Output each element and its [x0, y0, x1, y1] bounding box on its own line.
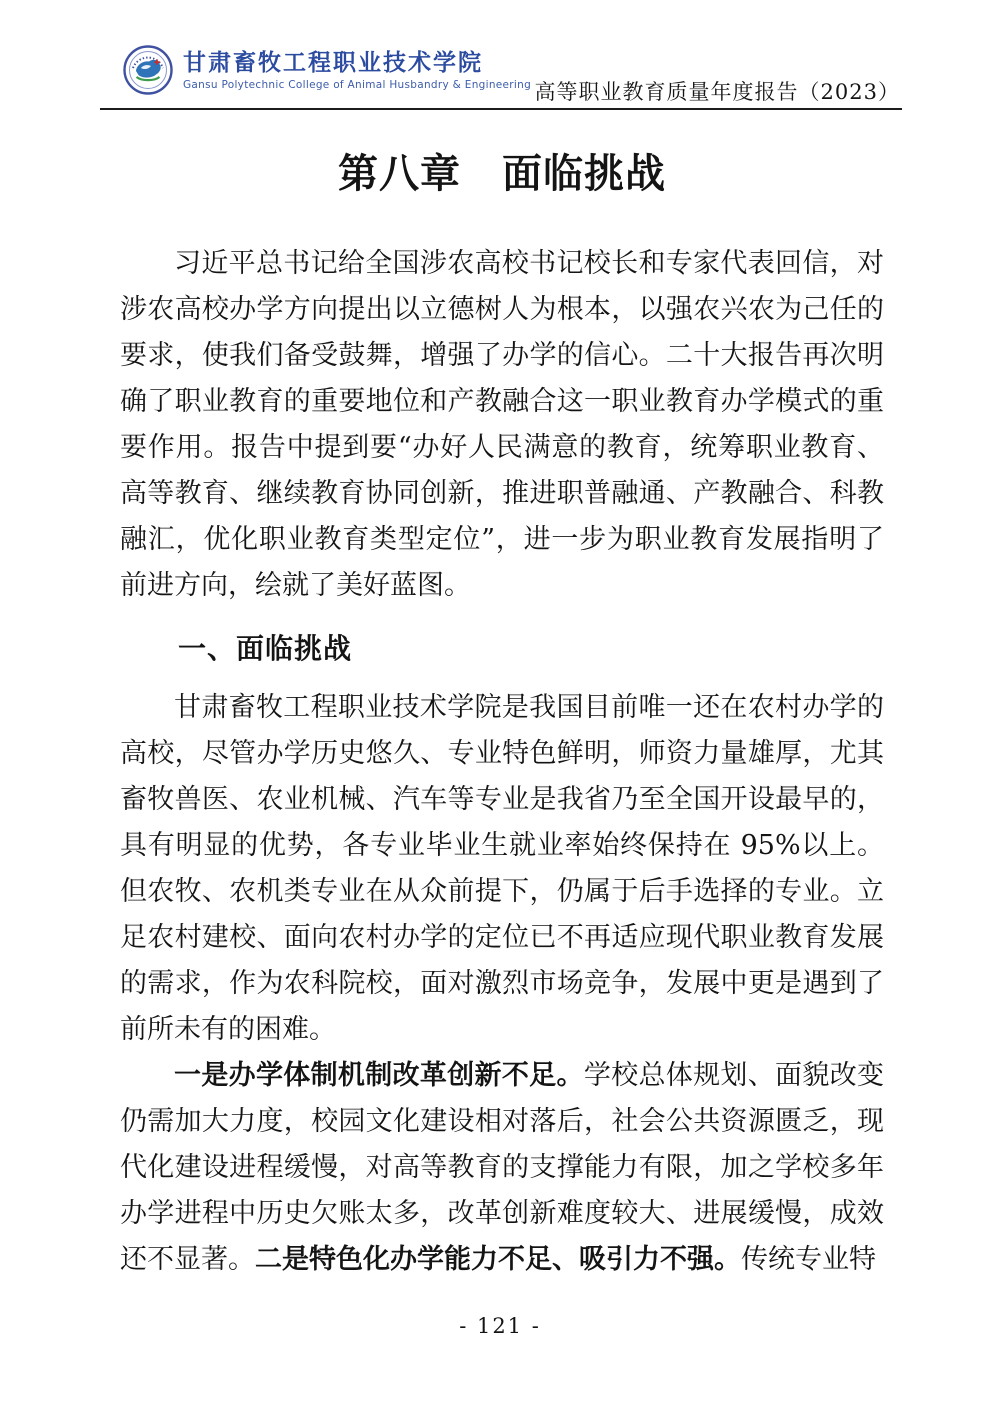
paragraph-3: 一是办学体制机制改革创新不足。学校总体规划、面貌改变仍需加大力度，校园文化建设相… [120, 1053, 884, 1283]
paragraph-3-bold-lead-2: 二是特色化办学能力不足、吸引力不强。 [255, 1244, 741, 1275]
report-title: 高等职业教育质量年度报告（2023） [535, 76, 900, 106]
paragraph-3-text-2: 传统专业特 [741, 1244, 876, 1275]
document-page: 甘肃畜牧工程职业技术学院 Gansu Polytechnic College o… [0, 0, 1000, 1414]
paragraph-1-text: 习近平总书记给全国涉农高校书记校长和专家代表回信，对涉农高校办学方向提出以立德树… [120, 248, 884, 601]
header-divider [100, 108, 902, 110]
paragraph-2: 甘肃畜牧工程职业技术学院是我国目前唯一还在农村办学的高校，尽管办学历史悠久、专业… [120, 685, 884, 1053]
paragraph-3-bold-lead-1: 一是办学体制机制改革创新不足。 [174, 1060, 584, 1091]
school-brand: 甘肃畜牧工程职业技术学院 Gansu Polytechnic College o… [122, 44, 531, 96]
school-name-zh: 甘肃畜牧工程职业技术学院 [183, 49, 531, 77]
chapter-title: 第八章 面临挑战 [120, 142, 884, 199]
section-heading: 一、面临挑战 [120, 627, 884, 667]
school-name-en: Gansu Polytechnic College of Animal Husb… [183, 79, 531, 91]
paragraph-3-text-1: 学校总体规划、面貌改变仍需加大力度，校园文化建设相对落后，社会公共资源匮乏，现代… [120, 1060, 884, 1275]
paragraph-1: 习近平总书记给全国涉农高校书记校长和专家代表回信，对涉农高校办学方向提出以立德树… [120, 241, 884, 609]
school-logo-icon [122, 44, 174, 96]
page-footer: - 121 - [0, 1314, 1000, 1338]
paragraph-2-text: 甘肃畜牧工程职业技术学院是我国目前唯一还在农村办学的高校，尽管办学历史悠久、专业… [120, 692, 884, 1045]
page-number: - 121 - [459, 1314, 541, 1338]
page-content: 第八章 面临挑战 习近平总书记给全国涉农高校书记校长和专家代表回信，对涉农高校办… [120, 120, 884, 1283]
